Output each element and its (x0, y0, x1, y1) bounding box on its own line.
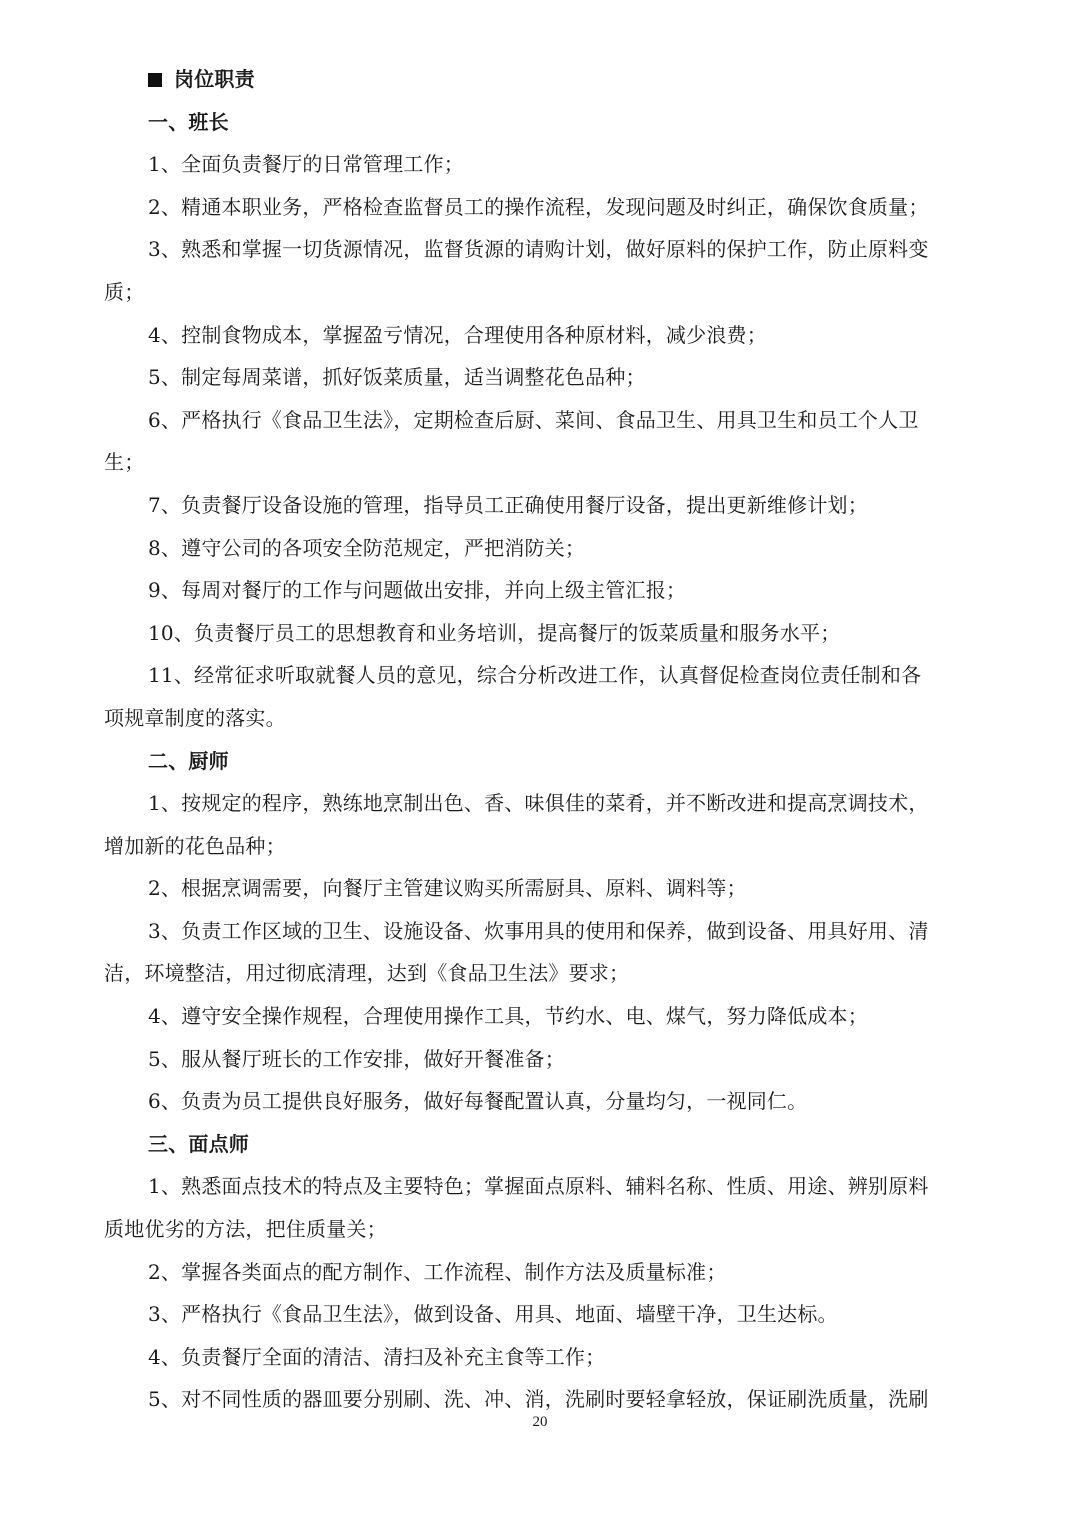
list-item: 4、控制食物成本，掌握盈亏情况，合理使用各种原材料，减少浪费； (104, 314, 980, 357)
page-number: 20 (0, 1414, 1080, 1431)
list-item-continuation: 洁，环境整洁，用过彻底清理，达到《食品卫生法》要求； (104, 952, 980, 995)
list-item: 1、全面负责餐厅的日常管理工作； (104, 143, 980, 186)
list-item: 4、负责餐厅全面的清洁、清扫及补充主食等工作； (104, 1336, 980, 1379)
list-item: 8、遵守公司的各项安全防范规定，严把消防关； (104, 527, 980, 570)
list-item: 6、严格执行《食品卫生法》，定期检查后厨、菜间、食品卫生、用具卫生和员工个人卫 (104, 399, 980, 442)
list-item-continuation: 项规章制度的落实。 (104, 697, 980, 740)
list-item: 9、每周对餐厅的工作与问题做出安排，并向上级主管汇报； (104, 569, 980, 612)
list-item: 4、遵守安全操作规程，合理使用操作工具，节约水、电、煤气，努力降低成本； (104, 995, 980, 1038)
black-square-bullet-icon (148, 73, 162, 87)
list-item: 3、负责工作区域的卫生、设施设备、炊事用具的使用和保养，做到设备、用具好用、清 (104, 910, 980, 953)
section-heading: 三、面点师 (104, 1123, 980, 1166)
list-item: 3、熟悉和掌握一切货源情况，监督货源的请购计划，做好原料的保护工作，防止原料变 (104, 228, 980, 271)
list-item-continuation: 增加新的花色品种； (104, 825, 980, 868)
list-item: 10、负责餐厅员工的思想教育和业务培训，提高餐厅的饭菜质量和服务水平； (104, 612, 980, 655)
list-item: 1、按规定的程序，熟练地烹制出色、香、味俱佳的菜肴，并不断改进和提高烹调技术， (104, 782, 980, 825)
sections-container: 一、班长1、全面负责餐厅的日常管理工作；2、精通本职业务，严格检查监督员工的操作… (104, 101, 980, 1421)
document-page: 岗位职责 一、班长1、全面负责餐厅的日常管理工作；2、精通本职业务，严格检查监督… (104, 58, 980, 1421)
list-item: 7、负责餐厅设备设施的管理，指导员工正确使用餐厅设备，提出更新维修计划； (104, 484, 980, 527)
list-item: 5、制定每周菜谱，抓好饭菜质量，适当调整花色品种； (104, 356, 980, 399)
list-item: 6、负责为员工提供良好服务，做好每餐配置认真，分量均匀，一视同仁。 (104, 1080, 980, 1123)
list-item: 11、经常征求听取就餐人员的意见，综合分析改进工作，认真督促检查岗位责任制和各 (104, 654, 980, 697)
document-title: 岗位职责 (104, 58, 980, 101)
list-item: 2、根据烹调需要，向餐厅主管建议购买所需厨具、原料、调料等； (104, 867, 980, 910)
list-item: 3、严格执行《食品卫生法》，做到设备、用具、地面、墙壁干净，卫生达标。 (104, 1293, 980, 1336)
list-item-continuation: 生； (104, 441, 980, 484)
list-item: 2、精通本职业务，严格检查监督员工的操作流程，发现问题及时纠正，确保饮食质量； (104, 186, 980, 229)
list-item-continuation: 质地优劣的方法，把住质量关； (104, 1208, 980, 1251)
list-item: 2、掌握各类面点的配方制作、工作流程、制作方法及质量标准； (104, 1251, 980, 1294)
list-item-continuation: 质； (104, 271, 980, 314)
list-item: 1、熟悉面点技术的特点及主要特色；掌握面点原料、辅料名称、性质、用途、辨别原料 (104, 1165, 980, 1208)
list-item: 5、服从餐厅班长的工作安排，做好开餐准备； (104, 1038, 980, 1081)
section-heading: 二、厨师 (104, 740, 980, 783)
section-heading: 一、班长 (104, 101, 980, 144)
